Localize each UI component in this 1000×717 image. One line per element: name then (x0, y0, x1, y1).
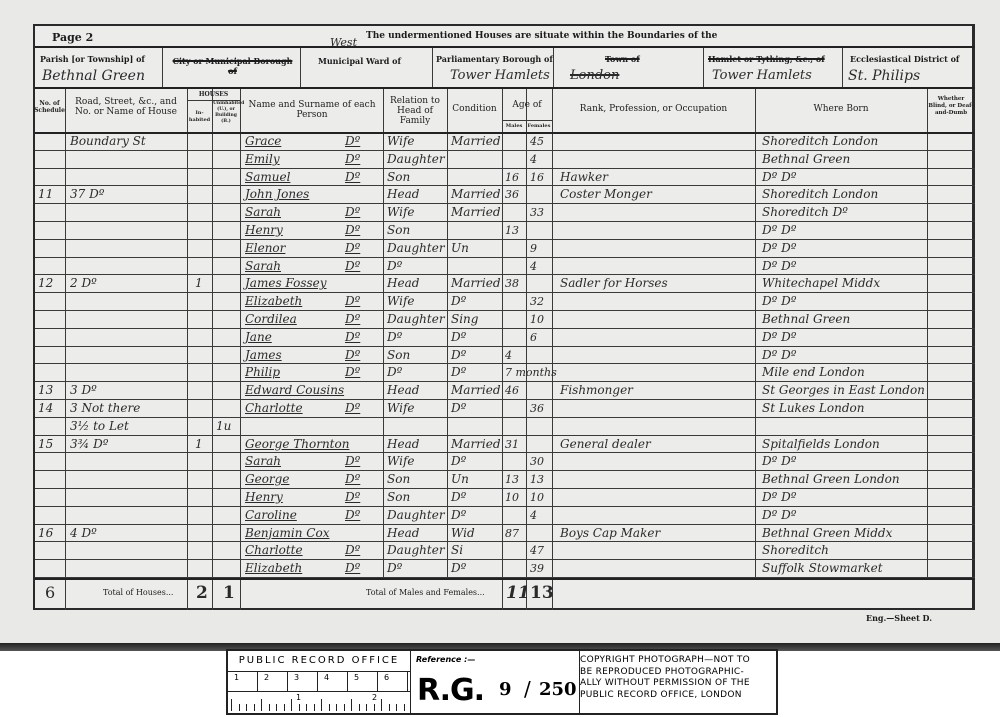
surname-ditto: Dº (345, 311, 360, 328)
person-name: George Thornton (245, 436, 349, 453)
boundary-label-borough: City or Municipal Borough of (170, 56, 295, 76)
totals-inhabited: 2 (196, 583, 208, 603)
surname-ditto: Dº (345, 347, 360, 364)
surname-ditto: Dº (345, 489, 360, 506)
ruler-tick (299, 704, 300, 711)
birthplace: Dº Dº (762, 293, 796, 310)
birthplace: Mile end London (762, 364, 865, 381)
surname-ditto: Dº (345, 560, 360, 577)
marital-condition: Married (451, 204, 501, 221)
age-female: 36 (530, 400, 544, 417)
totals-females: 13 (530, 583, 554, 603)
ruler-tick (276, 704, 277, 711)
table-row: GeorgeDºSonUn1313Bethnal Green London (0, 471, 1000, 489)
copyright-line: ALLY WITHOUT PERMISSION OF THE (580, 678, 776, 690)
marital-condition: Dº (451, 329, 466, 346)
page-label: Page 2 (52, 31, 93, 44)
birthplace: Dº Dº (762, 489, 796, 506)
divider (432, 48, 433, 87)
copyright-line: BE REPRODUCED PHOTOGRAPHIC- (580, 667, 776, 679)
age-female: 4 (530, 151, 537, 168)
marital-condition: Un (451, 240, 469, 257)
birthplace: St Georges in East London (762, 382, 925, 399)
person-name: Edward Cousins (245, 382, 344, 399)
surname-ditto: Dº (345, 240, 360, 257)
ruler-tick (291, 699, 292, 711)
age-male: 38 (505, 275, 519, 292)
surname-ditto: Dº (345, 258, 360, 275)
ruler-tick (381, 699, 382, 711)
reference-label: Reference :— (416, 655, 475, 664)
col-header-inhabited: In-habited (188, 110, 211, 124)
table-row: SarahDºWifeMarried33Shoreditch Dº (0, 204, 1000, 222)
totals-houses-label: Total of Houses... (103, 588, 173, 597)
marital-condition: Married (451, 186, 501, 203)
pro-title: PUBLIC RECORD OFFICE (228, 651, 411, 672)
table-row: PhilipDºDºDº7 monthsMile end London (0, 364, 1000, 382)
ruler-tick (231, 699, 232, 711)
age-female: 32 (530, 293, 544, 310)
birthplace: Spitalfields London (762, 436, 880, 453)
road-address: 4 Dº (70, 525, 97, 542)
table-row: SarahDºWifeDº30Dº Dº (0, 453, 1000, 471)
col-header-occupation: Rank, Profession, or Occupation (552, 104, 755, 114)
ruler-tick (314, 704, 315, 711)
ruler-tick (351, 699, 352, 711)
birthplace: Dº Dº (762, 169, 796, 186)
surname-ditto: Dº (345, 329, 360, 346)
ruler-tick (347, 671, 348, 691)
marital-condition: Dº (451, 400, 466, 417)
table-row: HenryDºSonDº1010Dº Dº (0, 489, 1000, 507)
relation-to-head: Wife (387, 204, 415, 221)
birthplace: Shoreditch Dº (762, 204, 848, 221)
relation-to-head: Daughter (387, 542, 445, 559)
relation-to-head: Wife (387, 133, 415, 150)
ruler-mark: 4 (324, 673, 329, 682)
col-header-name: Name and Surname of each Person (248, 100, 376, 120)
relation-to-head: Wife (387, 293, 415, 310)
surname-ditto: Dº (345, 204, 360, 221)
ruler-mark: 3 (294, 673, 299, 682)
surname-ditto: Dº (345, 400, 360, 417)
table-row: 1137 DºJohn JonesHeadMarried36Coster Mon… (0, 186, 1000, 204)
marital-condition: Dº (451, 347, 466, 364)
col-header-schedule: No. of Schedule (34, 100, 65, 114)
age-female: 10 (530, 311, 544, 328)
copyright-line: PUBLIC RECORD OFFICE, LONDON (580, 690, 776, 702)
table-row: HenryDºSon13Dº Dº (0, 222, 1000, 240)
marital-condition: Dº (451, 453, 466, 470)
ruler-tick (389, 704, 390, 711)
marital-condition: Un (451, 471, 469, 488)
birthplace: Dº Dº (762, 222, 796, 239)
column-divider (502, 580, 503, 610)
birthplace: Bethnal Green (762, 311, 850, 328)
ruler-mark: 2 (264, 673, 269, 682)
table-row: ElenorDºDaughterUn9Dº Dº (0, 240, 1000, 258)
ruler-mark: 6 (384, 673, 389, 682)
age-female: 9 (530, 240, 537, 257)
table-row: 133 DºEdward CousinsHeadMarried46Fishmon… (0, 382, 1000, 400)
age-male: 7 months (505, 364, 557, 381)
inhabited-count: 1 (195, 275, 203, 292)
person-name: Grace (245, 133, 281, 150)
schedule-number: 13 (38, 382, 53, 399)
birthplace: Shoreditch (762, 542, 829, 559)
relation-to-head: Son (387, 489, 410, 506)
ruler-tick (306, 704, 307, 711)
surname-ditto: Dº (345, 471, 360, 488)
totals-uninhabited: 1 (223, 583, 235, 603)
relation-to-head: Head (387, 436, 419, 453)
column-divider (65, 580, 66, 610)
table-row: SamuelDºSon1616HawkerDº Dº (0, 169, 1000, 187)
schedule-number: 15 (38, 436, 53, 453)
boundary-value-hamlet: Tower Hamlets (712, 68, 812, 83)
ruler-tick (407, 671, 408, 691)
boundary-value-parish: Bethnal Green (42, 68, 145, 84)
boundary-label-parish: Parish [or Township] of (40, 54, 145, 64)
age-male: 36 (505, 186, 519, 203)
person-name: Sarah (245, 258, 281, 275)
marital-condition: Sing (451, 311, 478, 328)
surname-ditto: Dº (345, 542, 360, 559)
relation-to-head: Son (387, 222, 410, 239)
ruler-tick (366, 704, 367, 711)
person-name: George (245, 471, 289, 488)
ruler-tick (261, 699, 262, 711)
road-address: 2 Dº (70, 275, 97, 292)
ruler-tick (254, 704, 255, 711)
col-header-relation: Relation to Head of Family (385, 96, 445, 126)
ruler-tick (359, 704, 360, 711)
ruler-tick (321, 699, 322, 711)
birthplace: Dº Dº (762, 329, 796, 346)
col-header-uninhabited: Uninhabited (U.), or Building (B.) (213, 101, 239, 125)
relation-to-head: Dº (387, 329, 402, 346)
marital-condition: Married (451, 382, 501, 399)
person-name: Samuel (245, 169, 290, 186)
occupation: General dealer (560, 436, 651, 453)
boundary-value-town: London (570, 68, 619, 83)
birthplace: Bethnal Green Middx (762, 525, 892, 542)
divider (553, 48, 554, 87)
age-female: 45 (530, 133, 544, 150)
road-address: 3 Not there (70, 400, 140, 417)
table-row: CharlotteDºDaughterSi47Shoreditch (0, 542, 1000, 560)
person-name: Philip (245, 364, 280, 381)
age-female: 4 (530, 507, 537, 524)
surname-ditto: Dº (345, 222, 360, 239)
road-address: 37 Dº (70, 186, 104, 203)
person-name: Elenor (245, 240, 285, 257)
ruler-tick (329, 704, 330, 711)
sheet-footer: Eng.—Sheet D. (866, 613, 932, 623)
ruler-mark: 2 (372, 693, 377, 702)
person-name: Elizabeth (245, 560, 302, 577)
table-row: 3½ to Let1u (0, 418, 1000, 436)
table-row: EmilyDºDaughter4Bethnal Green (0, 151, 1000, 169)
col-header-born: Where Born (755, 104, 927, 114)
birthplace: Shoreditch London (762, 133, 878, 150)
ruler-tick (284, 704, 285, 711)
birthplace: Suffolk Stowmarket (762, 560, 883, 577)
boundary-value-parliamentary: Tower Hamlets (450, 68, 550, 83)
col-header-males: Males (502, 123, 526, 130)
column-divider (212, 580, 213, 610)
column-divider (187, 580, 188, 610)
column-divider (240, 580, 241, 610)
occupation: Hawker (560, 169, 608, 186)
col-header-age: Age of (502, 100, 552, 110)
schedule-number: 12 (38, 275, 53, 292)
birthplace: St Lukes London (762, 400, 864, 417)
surname-ditto: Dº (345, 453, 360, 470)
birthplace: Bethnal Green London (762, 471, 900, 488)
relation-to-head: Head (387, 186, 419, 203)
totals-persons-label: Total of Males and Females... (366, 588, 485, 597)
table-row: ElizabethDºDºDº39Suffolk Stowmarket (0, 560, 1000, 578)
relation-to-head: Dº (387, 364, 402, 381)
ruler-tick (377, 671, 378, 691)
age-female: 30 (530, 453, 544, 470)
age-male: 13 (505, 471, 519, 488)
marital-condition: Married (451, 275, 501, 292)
inhabited-count: 1 (195, 436, 203, 453)
age-male: 46 (505, 382, 519, 399)
schedule-number: 11 (38, 186, 53, 203)
birthplace: Whitechapel Middx (762, 275, 880, 292)
relation-to-head: Dº (387, 560, 402, 577)
relation-to-head: Son (387, 471, 410, 488)
reference-folio: 250 (539, 679, 577, 700)
birthplace: Dº Dº (762, 240, 796, 257)
col-header-road: Road, Street, &c., and No. or Name of Ho… (68, 97, 184, 117)
ruler-tick (257, 671, 258, 691)
person-name: Jane (245, 329, 272, 346)
person-name: Benjamin Cox (245, 525, 329, 542)
boundary-value-ecclesiastical: St. Philips (848, 68, 920, 84)
person-name: Henry (245, 489, 283, 506)
occupation: Fishmonger (560, 382, 633, 399)
road-address: 3½ to Let (70, 418, 129, 435)
occupation: Coster Monger (560, 186, 652, 203)
birthplace: Bethnal Green (762, 151, 850, 168)
marital-condition: Married (451, 133, 501, 150)
age-male: 31 (505, 436, 519, 453)
boundary-label-town: Town of (605, 54, 640, 64)
birthplace: Dº Dº (762, 258, 796, 275)
totals-males: 11 (506, 583, 530, 603)
ruler-mark: 1 (234, 673, 239, 682)
age-female: 4 (530, 258, 537, 275)
person-name: Elizabeth (245, 293, 302, 310)
ruler-tick (246, 704, 247, 711)
marital-condition: Dº (451, 489, 466, 506)
copyright-line: COPYRIGHT PHOTOGRAPH—NOT TO (580, 655, 776, 667)
person-name: John Jones (245, 186, 309, 203)
relation-to-head: Daughter (387, 507, 445, 524)
ruler-tick (396, 704, 397, 711)
marital-condition: Wid (451, 525, 475, 542)
person-name: James (245, 347, 282, 364)
person-name: Caroline (245, 507, 297, 524)
divider (842, 48, 843, 87)
age-male: 16 (505, 169, 519, 186)
age-male: 13 (505, 222, 519, 239)
ruler-tick (344, 704, 345, 711)
col-header-houses: HOUSES (187, 91, 240, 98)
col-header-blind: Whether Blind, or Deaf-and-Dumb (928, 96, 974, 117)
age-female: 13 (530, 471, 544, 488)
ruler-tick (269, 704, 270, 711)
person-name: James Fossey (245, 275, 327, 292)
relation-to-head: Head (387, 382, 419, 399)
divider (35, 46, 975, 48)
uninhabited-mark: 1u (216, 418, 231, 435)
divider (502, 120, 552, 121)
occupation: Boys Cap Maker (560, 525, 660, 542)
ruler-tick (404, 704, 405, 711)
marital-condition: Dº (451, 507, 466, 524)
surname-ditto: Dº (345, 133, 360, 150)
ruler-tick (239, 704, 240, 711)
table-row: 164 DºBenjamin CoxHeadWid87Boys Cap Make… (0, 525, 1000, 543)
relation-to-head: Daughter (387, 151, 445, 168)
col-header-females: Females (526, 123, 552, 130)
person-name: Cordilea (245, 311, 297, 328)
age-female: 47 (530, 542, 544, 559)
ruler: 123456 12 (228, 671, 411, 713)
divider (162, 48, 163, 87)
boundary-label-hamlet: Hamlet or Tything, &c., of (708, 54, 825, 64)
relation-to-head: Wife (387, 400, 415, 417)
divider (35, 87, 975, 89)
ruler-mark: 5 (354, 673, 359, 682)
surname-ditto: Dº (345, 169, 360, 186)
ruler-tick (374, 704, 375, 711)
person-name: Charlotte (245, 400, 303, 417)
relation-to-head: Dº (387, 258, 402, 275)
table-row: Boundary StGraceDºWifeMarried45Shoreditc… (0, 133, 1000, 151)
table-row: ElizabethDºWifeDº32Dº Dº (0, 293, 1000, 311)
reference-series: R.G. (417, 673, 484, 708)
reference-separator: / (524, 677, 531, 701)
road-address: Boundary St (70, 133, 146, 150)
marital-condition: Dº (451, 560, 466, 577)
surname-ditto: Dº (345, 507, 360, 524)
reference-block: Reference :— R.G. 9 / 250 (411, 651, 580, 713)
divider (300, 48, 301, 87)
age-female: 16 (530, 169, 544, 186)
schedule-number: 16 (38, 525, 53, 542)
page-title: The undermentioned Houses are situate wi… (366, 31, 717, 41)
table-row: JamesDºSonDº4Dº Dº (0, 347, 1000, 365)
surname-ditto: Dº (345, 293, 360, 310)
surname-ditto: Dº (345, 364, 360, 381)
pro-reference-label: PUBLIC RECORD OFFICE 123456 12 Reference… (226, 649, 778, 715)
age-female: 39 (530, 560, 544, 577)
schedule-number: 14 (38, 400, 53, 417)
road-address: 3¾ Dº (70, 436, 108, 453)
copyright-notice: COPYRIGHT PHOTOGRAPH—NOT TO BE REPRODUCE… (580, 655, 776, 701)
person-name: Charlotte (245, 542, 303, 559)
relation-to-head: Daughter (387, 240, 445, 257)
divider (703, 48, 704, 87)
table-row: 122 Dº1James FosseyHeadMarried38Sadler f… (0, 275, 1000, 293)
boundary-label-ward: Municipal Ward of (318, 56, 401, 66)
relation-to-head: Son (387, 169, 410, 186)
boundary-label-ecclesiastical: Ecclesiastical District of (850, 54, 959, 64)
relation-to-head: Son (387, 347, 410, 364)
marital-condition: Married (451, 436, 501, 453)
divider (35, 578, 975, 580)
age-female: 10 (530, 489, 544, 506)
age-male: 10 (505, 489, 519, 506)
age-female: 6 (530, 329, 537, 346)
table-row: CarolineDºDaughterDº4Dº Dº (0, 507, 1000, 525)
age-male: 4 (505, 347, 512, 364)
ruler-tick (287, 671, 288, 691)
person-name: Emily (245, 151, 280, 168)
marital-condition: Si (451, 542, 463, 559)
person-name: Sarah (245, 453, 281, 470)
reference-piece: 9 (499, 679, 512, 700)
totals-schedules: 6 (45, 583, 55, 602)
ruler-mark: 1 (296, 693, 301, 702)
relation-to-head: Wife (387, 453, 415, 470)
surname-ditto: Dº (345, 151, 360, 168)
age-male: 87 (505, 525, 519, 542)
relation-to-head: Daughter (387, 311, 445, 328)
table-row: 143 Not thereCharlotteDºWifeDº36St Lukes… (0, 400, 1000, 418)
table-row: SarahDºDº4Dº Dº (0, 258, 1000, 276)
birthplace: Dº Dº (762, 507, 796, 524)
boundary-value-ward: West (330, 36, 357, 49)
marital-condition: Dº (451, 293, 466, 310)
relation-to-head: Head (387, 275, 419, 292)
boundary-label-parliamentary: Parliamentary Borough of (436, 54, 553, 64)
table-row: CordileaDºDaughterSing10Bethnal Green (0, 311, 1000, 329)
occupation: Sadler for Horses (560, 275, 668, 292)
col-header-condition: Condition (447, 104, 502, 114)
birthplace: Dº Dº (762, 347, 796, 364)
age-female: 33 (530, 204, 544, 221)
table-row: JaneDºDºDº6Dº Dº (0, 329, 1000, 347)
birthplace: Shoreditch London (762, 186, 878, 203)
ruler-tick (317, 671, 318, 691)
marital-condition: Dº (451, 364, 466, 381)
ruler-tick (336, 704, 337, 711)
birthplace: Dº Dº (762, 453, 796, 470)
person-name: Sarah (245, 204, 281, 221)
person-name: Henry (245, 222, 283, 239)
road-address: 3 Dº (70, 382, 97, 399)
table-row: 153¾ Dº1George ThorntonHeadMarried31Gene… (0, 436, 1000, 454)
relation-to-head: Head (387, 525, 419, 542)
